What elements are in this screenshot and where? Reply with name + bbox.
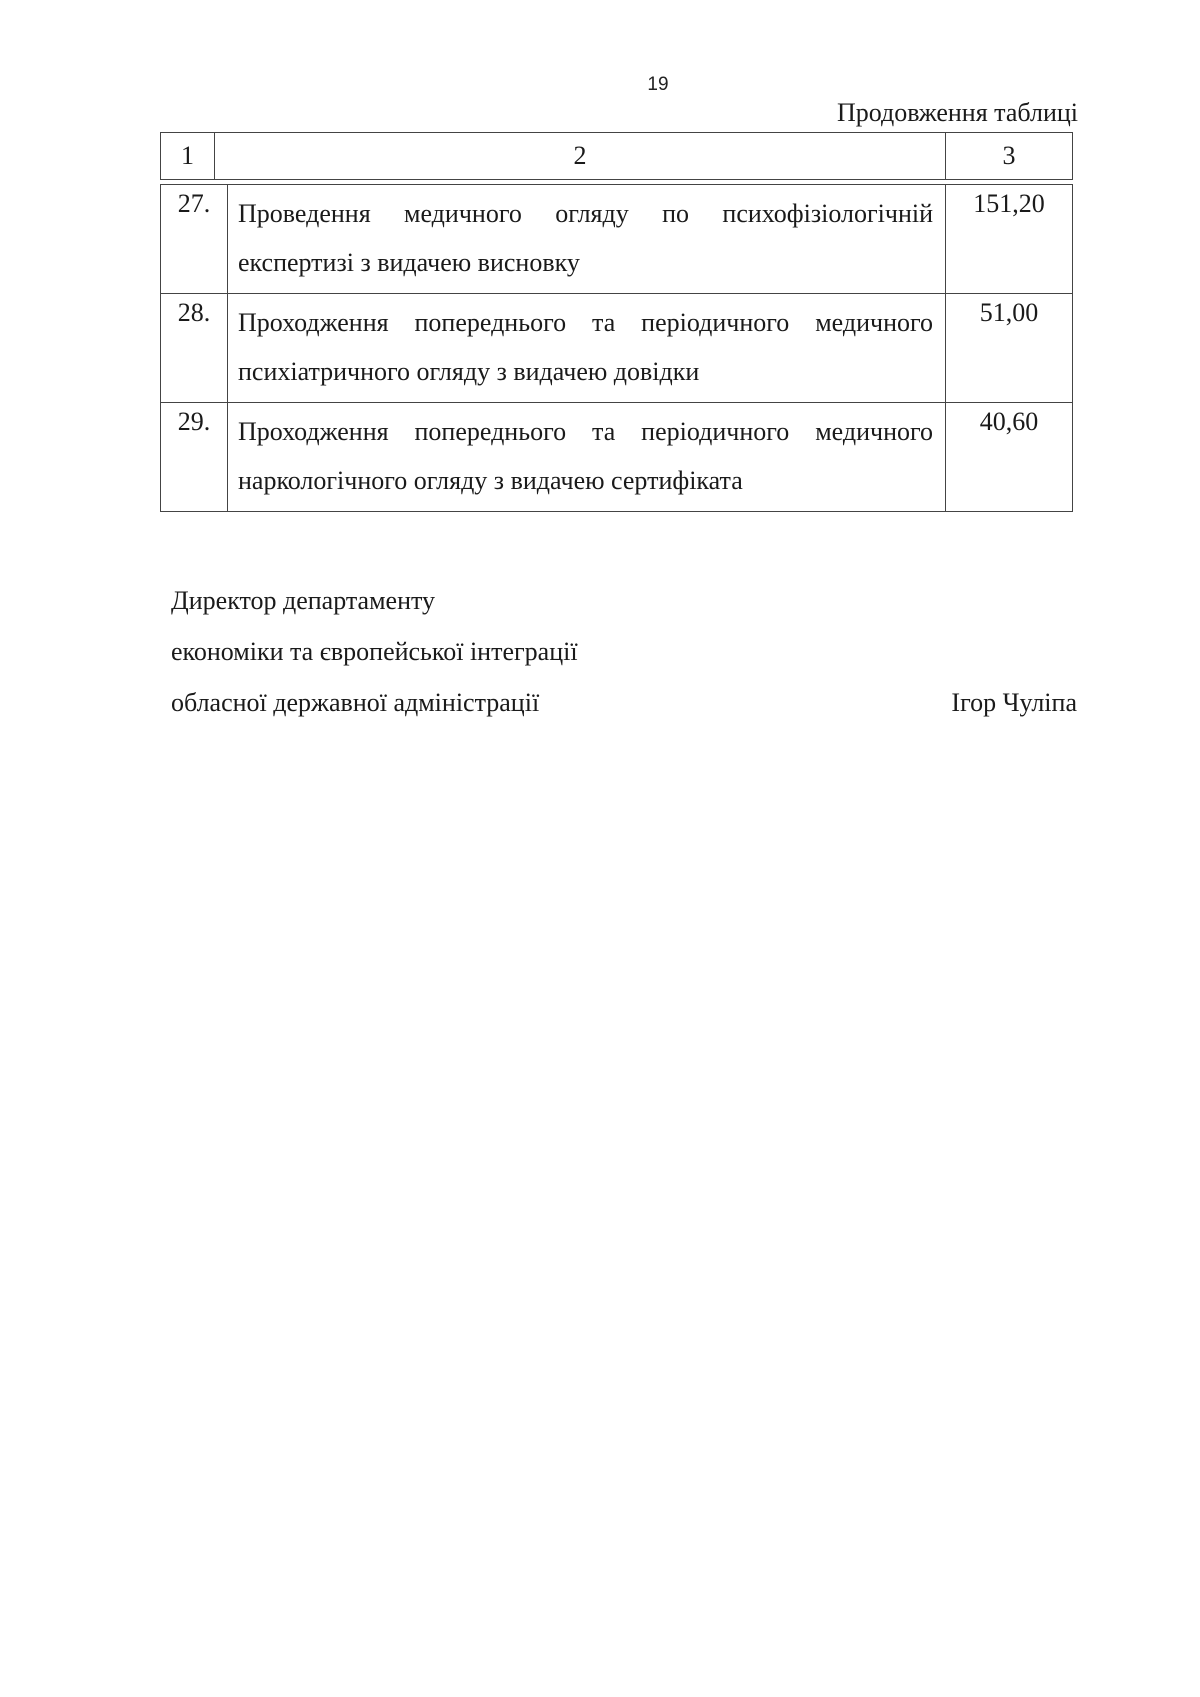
row-description: Проходження попереднього та періодичного… [228, 294, 946, 403]
row-price: 40,60 [946, 403, 1073, 512]
table-header: 1 2 3 [160, 132, 1073, 180]
header-cell-3: 3 [946, 133, 1073, 180]
row-number: 28. [161, 294, 228, 403]
signature-title-line-2: економіки та європейської інтеграції [171, 626, 1077, 677]
signature-title-line-1: Директор департаменту [171, 575, 1077, 626]
row-description: Проведення медичного огляду по психофізі… [228, 185, 946, 294]
row-number: 27. [161, 185, 228, 294]
table-continuation-label: Продовження таблиці [837, 98, 1078, 128]
table-row: 29. Проходження попереднього та періодич… [161, 403, 1073, 512]
row-price: 151,20 [946, 185, 1073, 294]
table-header-row: 1 2 3 [161, 133, 1073, 180]
table-row: 28. Проходження попереднього та періодич… [161, 294, 1073, 403]
row-price: 51,00 [946, 294, 1073, 403]
row-description: Проходження попереднього та періодичного… [228, 403, 946, 512]
header-cell-2: 2 [215, 133, 946, 180]
services-table: 27. Проведення медичного огляду по психо… [160, 184, 1073, 512]
header-cell-1: 1 [161, 133, 215, 180]
signature-block: Директор департаменту економіки та європ… [171, 575, 1077, 728]
page-number: 19 [0, 74, 1200, 96]
signature-title-line-3: обласної державної адміністрації [171, 677, 539, 728]
signature-final-line: обласної державної адміністрації Ігор Чу… [171, 677, 1077, 728]
table-row: 27. Проведення медичного огляду по психо… [161, 185, 1073, 294]
signatory-name: Ігор Чуліпа [951, 677, 1077, 728]
row-number: 29. [161, 403, 228, 512]
